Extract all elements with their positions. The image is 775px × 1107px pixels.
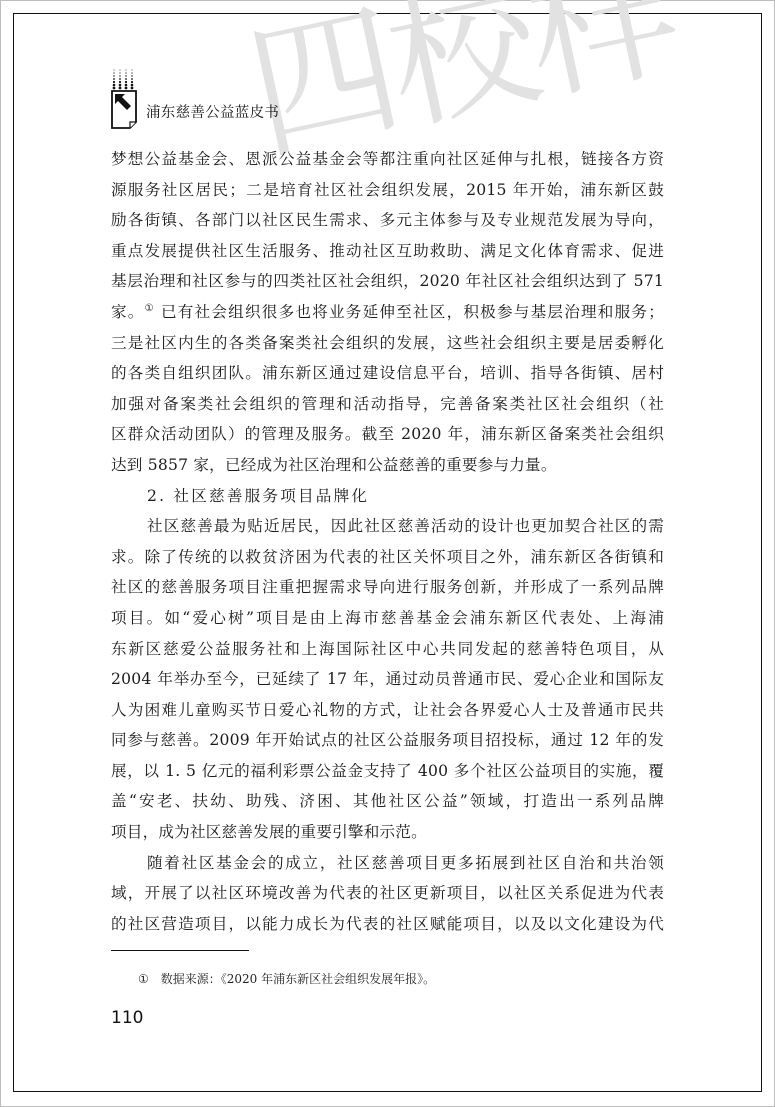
text-line: 求。除了传统的以救贫济困为代表的社区关怀项目之外，浦东新区各街镇和 xyxy=(111,542,664,573)
text-line: 2004 年举办至今，已延续了 17 年，通过动员普通市民、爱心企业和国际友 xyxy=(111,664,664,695)
text-line: 加强对备案类社会组织的管理和活动指导，完善备案类社区社会组织（社 xyxy=(111,389,664,420)
text-line: 的社区营造项目，以能力成长为代表的社区赋能项目，以及以文化建设为代 xyxy=(111,909,664,940)
text-line: 社区慈善最为贴近居民，因此社区慈善活动的设计也更加契合社区的需 xyxy=(111,511,664,542)
footnote-divider xyxy=(111,950,249,951)
book-arrow-icon xyxy=(111,68,137,130)
text-line: 梦想公益基金会、恩派公益基金会等都注重向社区延伸与扎根，链接各方资 xyxy=(111,144,664,175)
text-line: 社区的慈善服务项目注重把握需求导向进行服务创新，并形成了一系列品牌 xyxy=(111,572,664,603)
footnote: ①数据来源：《2020 年浦东新区社会组织发展年报》。 xyxy=(138,970,435,987)
text-line: 达到 5857 家，已经成为社区治理和公益慈善的重要参与力量。 xyxy=(111,450,664,481)
footnote-mark: ① xyxy=(138,972,149,986)
text-line: 项目。如“爱心树”项目是由上海市慈善基金会浦东新区代表处、上海浦 xyxy=(111,603,664,634)
text-line: 重点发展提供社区生活服务、推动社区互助救助、满足文化体育需求、促进 xyxy=(111,236,664,267)
text-line: 项目，成为社区慈善发展的重要引擎和示范。 xyxy=(111,817,664,848)
text-line: 的各类自组织团队。浦东新区通过建设信息平台，培训、指导各街镇、居村 xyxy=(111,358,664,389)
book-title: 浦东慈善公益蓝皮书 xyxy=(146,101,279,122)
text-line: 东新区慈爱公益服务社和上海国际社区中心共同发起的慈善特色项目，从 xyxy=(111,634,664,665)
text-line: 人为困难儿童购买节日爱心礼物的方式，让社会各界爱心人士及普通市民共 xyxy=(111,695,664,726)
running-header: 浦东慈善公益蓝皮书 xyxy=(111,68,279,130)
footnote-reference[interactable]: ① xyxy=(145,303,155,314)
text-line: 励各街镇、各部门以社区民生需求、多元主体参与及专业规范发展为导向， xyxy=(111,205,664,236)
text-line: 源服务社区居民；二是培育社区社会组织发展，2015 年开始，浦东新区鼓 xyxy=(111,175,664,206)
text-line: 区群众活动团队）的管理及服务。截至 2020 年，浦东新区备案类社会组织 xyxy=(111,419,664,450)
text-line: 同参与慈善。2009 年开始试点的社区公益服务项目招投标，通过 12 年的发 xyxy=(111,725,664,756)
section-heading: 2. 社区慈善服务项目品牌化 xyxy=(111,481,664,512)
footnote-text: 数据来源：《2020 年浦东新区社会组织发展年报》。 xyxy=(161,972,435,986)
text-line: 盖“安老、扶幼、助残、济困、其他社区公益”领域，打造出一系列品牌 xyxy=(111,786,664,817)
text-line: 域，开展了以社区环境改善为代表的社区更新项目，以社区关系促进为代表 xyxy=(111,878,664,909)
body-text: 梦想公益基金会、恩派公益基金会等都注重向社区延伸与扎根，链接各方资 源服务社区居… xyxy=(111,144,664,939)
text-line: 展，以 1. 5 亿元的福利彩票公益金支持了 400 多个社区公益项目的实施，覆 xyxy=(111,756,664,787)
text-line: 随着社区基金会的成立，社区慈善项目更多拓展到社区自治和共治领 xyxy=(111,848,664,879)
text-line: 基层治理和社区参与的四类社区社会组织，2020 年社区社会组织达到了 571 xyxy=(111,266,664,297)
text-segment: 已有社会组织很多也将业务延伸至社区，积极参与基层治理和服务； xyxy=(155,303,664,321)
text-line: 三是社区内生的各类备案类社会组织的发展，这些社会组织主要是居委孵化 xyxy=(111,328,664,359)
text-segment: 家。 xyxy=(111,303,145,321)
page-number: 110 xyxy=(111,1008,143,1028)
text-line-with-footnote: 家。① 已有社会组织很多也将业务延伸至社区，积极参与基层治理和服务； xyxy=(111,297,664,328)
